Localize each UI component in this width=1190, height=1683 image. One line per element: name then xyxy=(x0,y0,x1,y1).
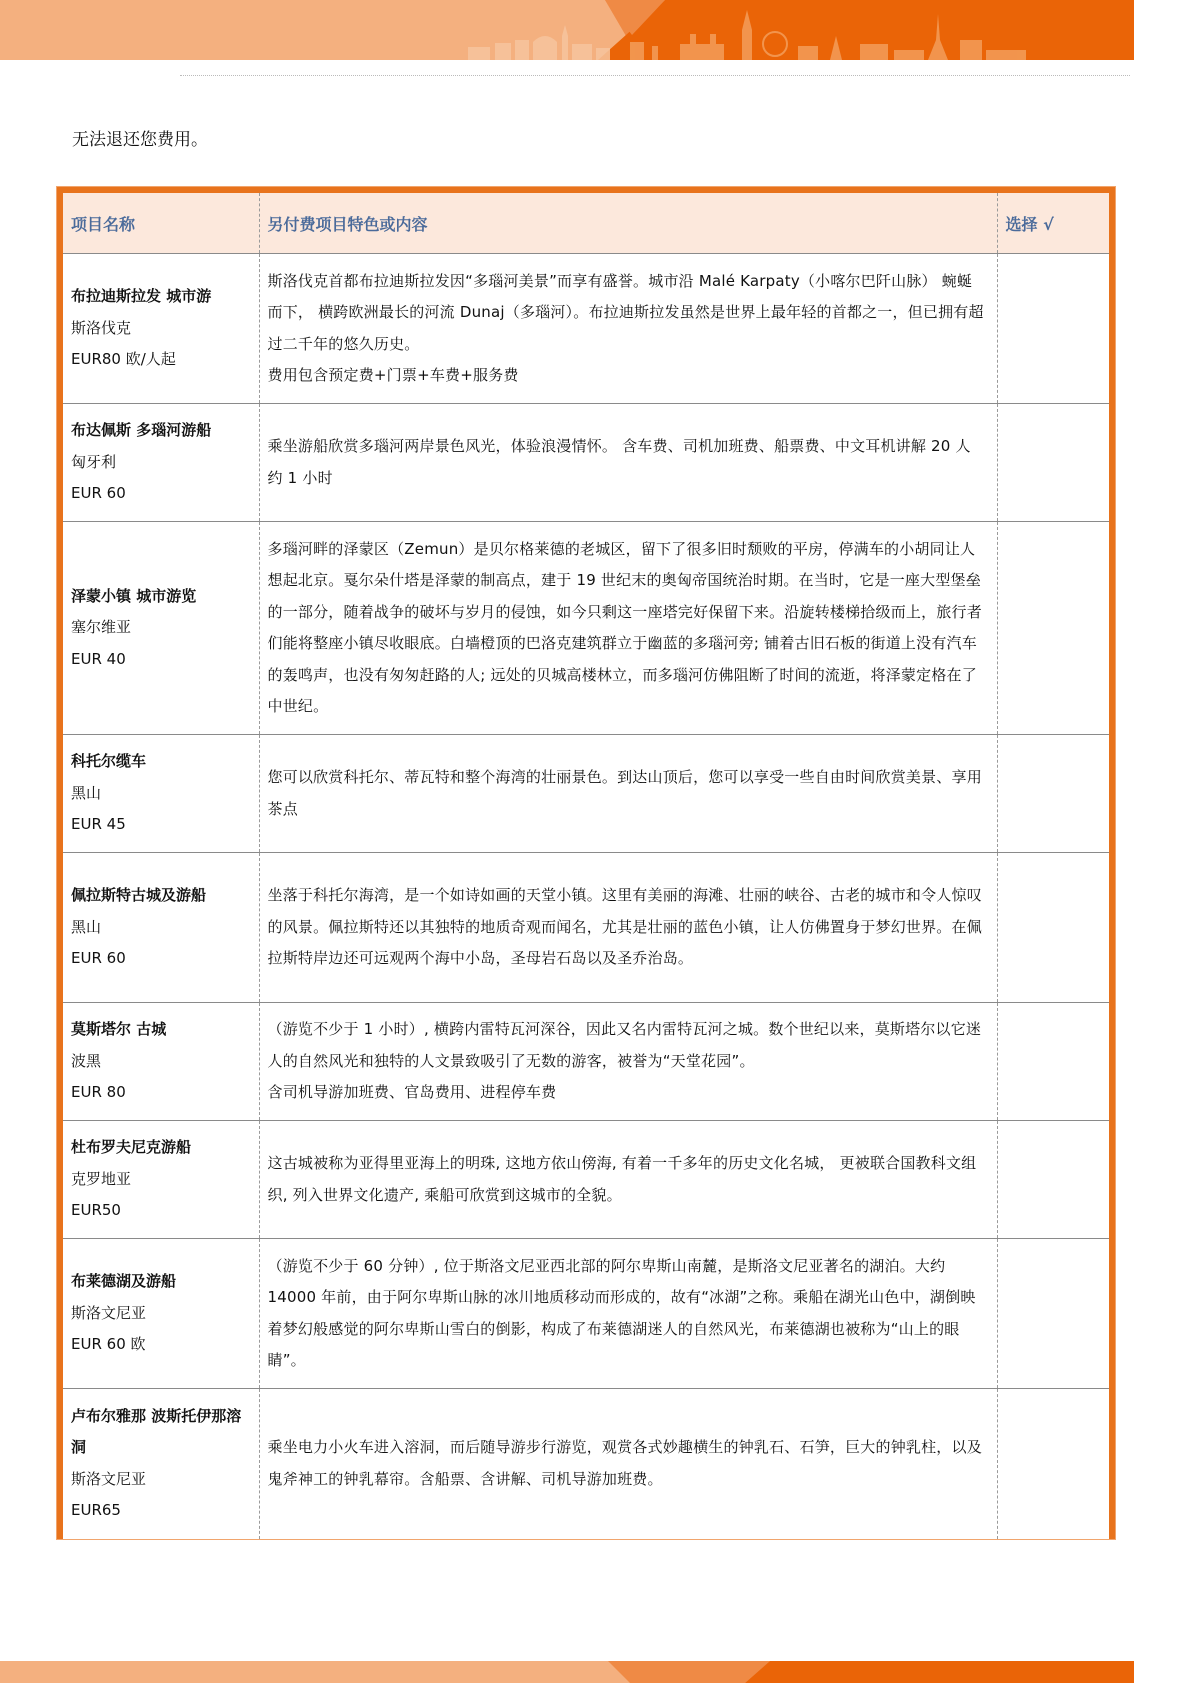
item-country: 黑山 xyxy=(71,912,249,944)
item-country: 斯洛文尼亚 xyxy=(71,1464,249,1496)
city-skyline-illustration-icon xyxy=(0,0,1134,60)
item-description-cell: （游览不少于 60 分钟）, 位于斯洛文尼亚西北部的阿尔卑斯山南麓，是斯洛文尼亚… xyxy=(259,1239,997,1389)
table-header-row: 项目名称 另付费项目特色或内容 选择 √ xyxy=(63,193,1109,254)
item-price: EUR 40 xyxy=(71,644,249,676)
item-name-cell: 佩拉斯特古城及游船 黑山 EUR 60 xyxy=(63,853,259,1003)
item-select-cell[interactable] xyxy=(997,1121,1109,1239)
table-row: 布莱德湖及游船 斯洛文尼亚 EUR 60 欧 （游览不少于 60 分钟）, 位于… xyxy=(63,1239,1109,1389)
column-header-name: 项目名称 xyxy=(63,193,259,254)
item-description: 坐落于科托尔海湾，是一个如诗如画的天堂小镇。这里有美丽的海滩、壮丽的峡谷、古老的… xyxy=(268,886,982,967)
item-select-cell[interactable] xyxy=(997,735,1109,853)
footer-banner xyxy=(0,1661,1134,1683)
item-description-cell: 坐落于科托尔海湾，是一个如诗如画的天堂小镇。这里有美丽的海滩、壮丽的峡谷、古老的… xyxy=(259,853,997,1003)
header-divider xyxy=(180,75,1130,76)
item-price: EUR 60 xyxy=(71,478,249,510)
item-title: 杜布罗夫尼克游船 xyxy=(71,1132,249,1164)
table-row: 布达佩斯 多瑙河游船 匈牙利 EUR 60 乘坐游船欣赏多瑙河两岸景色风光，体验… xyxy=(63,404,1109,522)
item-description: 斯洛伐克首都布拉迪斯拉发因“多瑙河美景”而享有盛誉。城市沿 Malé Karpa… xyxy=(268,272,984,353)
item-select-cell[interactable] xyxy=(997,853,1109,1003)
item-description: （游览不少于 60 分钟）, 位于斯洛文尼亚西北部的阿尔卑斯山南麓，是斯洛文尼亚… xyxy=(268,1257,976,1370)
item-name-cell: 泽蒙小镇 城市游览 塞尔维亚 EUR 40 xyxy=(63,522,259,735)
item-name-cell: 科托尔缆车 黑山 EUR 45 xyxy=(63,735,259,853)
item-title: 莫斯塔尔 古城 xyxy=(71,1014,249,1046)
table-row: 莫斯塔尔 古城 波黑 EUR 80 （游览不少于 1 小时）, 横跨内雷特瓦河深… xyxy=(63,1003,1109,1121)
table-row: 科托尔缆车 黑山 EUR 45 您可以欣赏科托尔、蒂瓦特和整个海湾的壮丽景色。到… xyxy=(63,735,1109,853)
item-description-cell: （游览不少于 1 小时）, 横跨内雷特瓦河深谷，因此又名内雷特瓦河之城。数个世纪… xyxy=(259,1003,997,1121)
item-description: 您可以欣赏科托尔、蒂瓦特和整个海湾的壮丽景色。到达山顶后，您可以享受一些自由时间… xyxy=(268,768,982,818)
item-description-cell: 您可以欣赏科托尔、蒂瓦特和整个海湾的壮丽景色。到达山顶后，您可以享受一些自由时间… xyxy=(259,735,997,853)
item-title: 泽蒙小镇 城市游览 xyxy=(71,581,249,613)
table-row: 泽蒙小镇 城市游览 塞尔维亚 EUR 40 多瑙河畔的泽蒙区（Zemun）是贝尔… xyxy=(63,522,1109,735)
item-title: 科托尔缆车 xyxy=(71,746,249,778)
item-price: EUR80 欧/人起 xyxy=(71,344,249,376)
item-name-cell: 布拉迪斯拉发 城市游 斯洛伐克 EUR80 欧/人起 xyxy=(63,254,259,404)
table-row: 杜布罗夫尼克游船 克罗地亚 EUR50 这古城被称为亚得里亚海上的明珠, 这地方… xyxy=(63,1121,1109,1239)
item-description-cell: 这古城被称为亚得里亚海上的明珠, 这地方依山傍海, 有着一千多年的历史文化名城，… xyxy=(259,1121,997,1239)
item-price: EUR 60 xyxy=(71,943,249,975)
intro-text: 无法退还您费用。 xyxy=(72,128,208,152)
item-title: 布莱德湖及游船 xyxy=(71,1266,249,1298)
item-select-cell[interactable] xyxy=(997,404,1109,522)
item-title: 布达佩斯 多瑙河游船 xyxy=(71,415,249,447)
item-country: 匈牙利 xyxy=(71,447,249,479)
item-description-cell: 多瑙河畔的泽蒙区（Zemun）是贝尔格莱德的老城区，留下了很多旧时颓败的平房，停… xyxy=(259,522,997,735)
item-price: EUR50 xyxy=(71,1195,249,1227)
item-select-cell[interactable] xyxy=(997,1389,1109,1539)
item-description-cell: 斯洛伐克首都布拉迪斯拉发因“多瑙河美景”而享有盛誉。城市沿 Malé Karpa… xyxy=(259,254,997,404)
item-select-cell[interactable] xyxy=(997,1003,1109,1121)
item-price: EUR 60 欧 xyxy=(71,1329,249,1361)
item-country: 克罗地亚 xyxy=(71,1164,249,1196)
item-description-cell: 乘坐游船欣赏多瑙河两岸景色风光，体验浪漫情怀。 含车费、司机加班费、船票费、中文… xyxy=(259,404,997,522)
optional-excursions-table: 项目名称 另付费项目特色或内容 选择 √ 布拉迪斯拉发 城市游 斯洛伐克 EUR… xyxy=(57,187,1115,1539)
item-country: 波黑 xyxy=(71,1046,249,1078)
column-header-description: 另付费项目特色或内容 xyxy=(259,193,997,254)
footer-stripe-icon xyxy=(0,1661,1134,1683)
item-name-cell: 布莱德湖及游船 斯洛文尼亚 EUR 60 欧 xyxy=(63,1239,259,1389)
item-country: 黑山 xyxy=(71,778,249,810)
header-banner xyxy=(0,0,1134,60)
item-price: EUR65 xyxy=(71,1495,249,1527)
item-select-cell[interactable] xyxy=(997,522,1109,735)
item-description: （游览不少于 1 小时）, 横跨内雷特瓦河深谷，因此又名内雷特瓦河之城。数个世纪… xyxy=(268,1020,982,1070)
item-name-cell: 布达佩斯 多瑙河游船 匈牙利 EUR 60 xyxy=(63,404,259,522)
item-title: 佩拉斯特古城及游船 xyxy=(71,880,249,912)
item-name-cell: 卢布尔雅那 波斯托伊那溶洞 斯洛文尼亚 EUR65 xyxy=(63,1389,259,1539)
table-row: 佩拉斯特古城及游船 黑山 EUR 60 坐落于科托尔海湾，是一个如诗如画的天堂小… xyxy=(63,853,1109,1003)
item-description: 乘坐游船欣赏多瑙河两岸景色风光，体验浪漫情怀。 含车费、司机加班费、船票费、中文… xyxy=(268,437,971,487)
table-row: 布拉迪斯拉发 城市游 斯洛伐克 EUR80 欧/人起 斯洛伐克首都布拉迪斯拉发因… xyxy=(63,254,1109,404)
item-select-cell[interactable] xyxy=(997,1239,1109,1389)
item-description: 多瑙河畔的泽蒙区（Zemun）是贝尔格莱德的老城区，留下了很多旧时颓败的平房，停… xyxy=(268,540,982,716)
extras-table: 项目名称 另付费项目特色或内容 选择 √ 布拉迪斯拉发 城市游 斯洛伐克 EUR… xyxy=(63,193,1109,1539)
item-description-extra: 费用包含预定费+门票+车费+服务费 xyxy=(268,366,519,384)
item-name-cell: 莫斯塔尔 古城 波黑 EUR 80 xyxy=(63,1003,259,1121)
item-title: 布拉迪斯拉发 城市游 xyxy=(71,281,249,313)
item-description-cell: 乘坐电力小火车进入溶洞，而后随导游步行游览，观赏各式妙趣横生的钟乳石、石笋，巨大… xyxy=(259,1389,997,1539)
table-row: 卢布尔雅那 波斯托伊那溶洞 斯洛文尼亚 EUR65 乘坐电力小火车进入溶洞，而后… xyxy=(63,1389,1109,1539)
item-price: EUR 45 xyxy=(71,809,249,841)
item-description-extra: 含司机导游加班费、官岛费用、进程停车费 xyxy=(268,1083,557,1101)
item-name-cell: 杜布罗夫尼克游船 克罗地亚 EUR50 xyxy=(63,1121,259,1239)
item-description: 这古城被称为亚得里亚海上的明珠, 这地方依山傍海, 有着一千多年的历史文化名城，… xyxy=(268,1154,977,1204)
item-price: EUR 80 xyxy=(71,1077,249,1109)
item-description: 乘坐电力小火车进入溶洞，而后随导游步行游览，观赏各式妙趣横生的钟乳石、石笋，巨大… xyxy=(268,1438,982,1488)
item-country: 斯洛文尼亚 xyxy=(71,1298,249,1330)
item-select-cell[interactable] xyxy=(997,254,1109,404)
column-header-select: 选择 √ xyxy=(997,193,1109,254)
item-country: 塞尔维亚 xyxy=(71,612,249,644)
item-country: 斯洛伐克 xyxy=(71,313,249,345)
item-title: 卢布尔雅那 波斯托伊那溶洞 xyxy=(71,1401,249,1464)
